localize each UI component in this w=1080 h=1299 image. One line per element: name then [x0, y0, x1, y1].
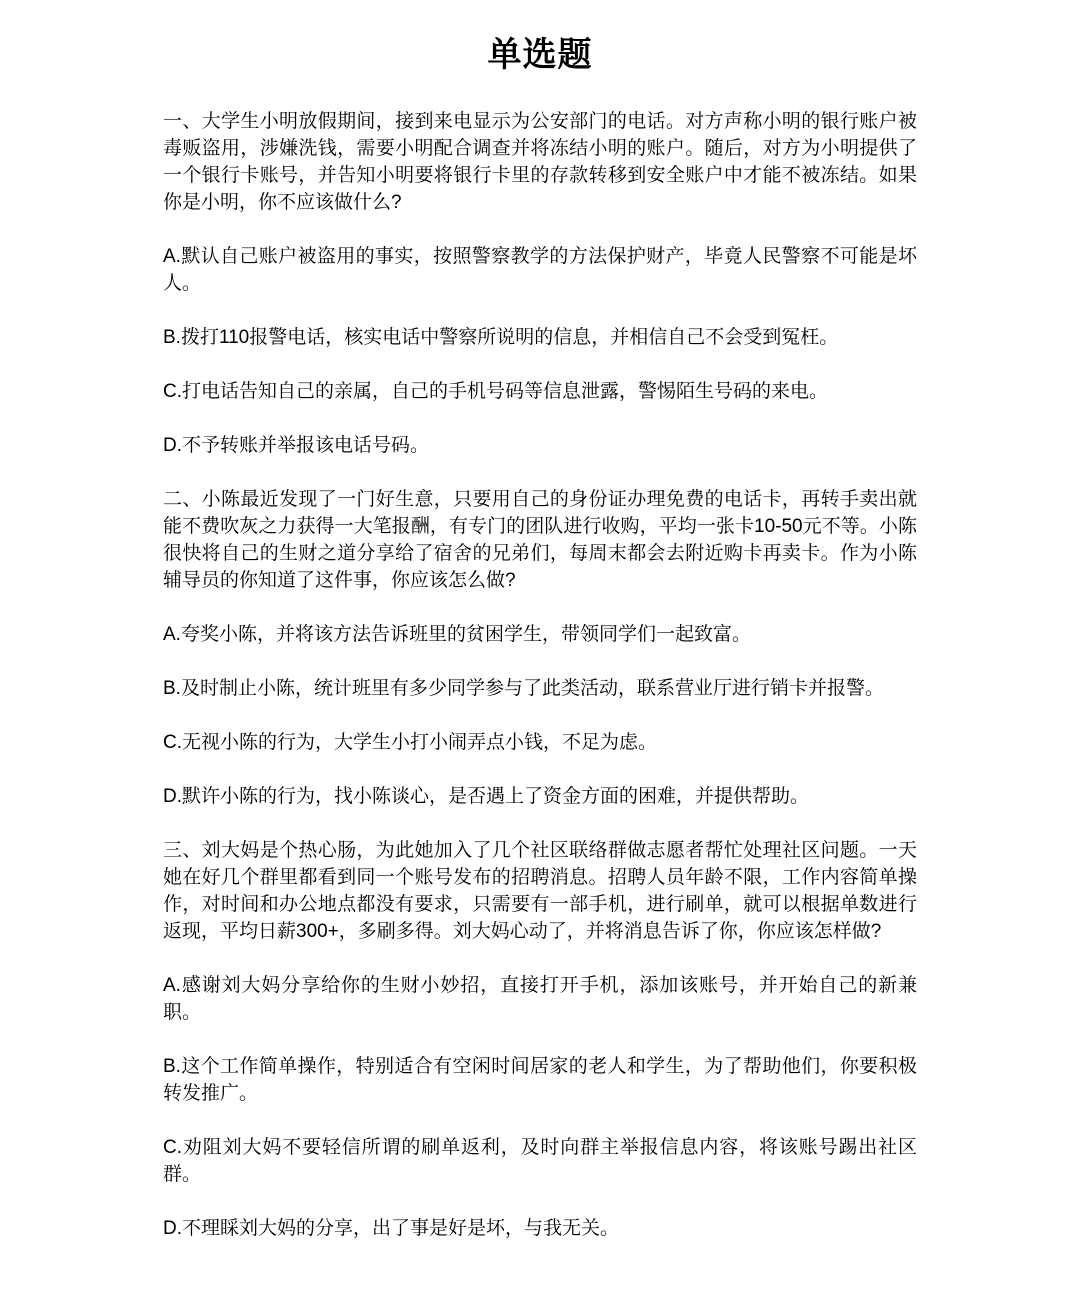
question-1: 一、大学生小明放假期间，接到来电显示为公安部门的电话。对方声称小明的银行账户被毒…	[163, 108, 917, 459]
question-1-option-a: A.默认自己账户被盗用的事实，按照警察教学的方法保护财产，毕竟人民警察不可能是坏…	[163, 243, 917, 297]
question-2-option-c: C.无视小陈的行为，大学生小打小闹弄点小钱，不足为虑。	[163, 729, 917, 756]
question-3-option-d: D.不理睬刘大妈的分享，出了事是好是坏，与我无关。	[163, 1215, 917, 1242]
page-title: 单选题	[163, 33, 917, 77]
document-page: 单选题 一、大学生小明放假期间，接到来电显示为公安部门的电话。对方声称小明的银行…	[163, 33, 917, 1299]
question-2-option-b: B.及时制止小陈，统计班里有多少同学参与了此类活动，联系营业厅进行销卡并报警。	[163, 675, 917, 702]
question-3-option-b: B.这个工作简单操作，特别适合有空闲时间居家的老人和学生，为了帮助他们，你要积极…	[163, 1053, 917, 1107]
question-1-stem: 一、大学生小明放假期间，接到来电显示为公安部门的电话。对方声称小明的银行账户被毒…	[163, 108, 917, 216]
question-3-option-c: C.劝阻刘大妈不要轻信所谓的刷单返利，及时向群主举报信息内容，将该账号踢出社区群…	[163, 1134, 917, 1188]
question-2-stem: 二、小陈最近发现了一门好生意，只要用自己的身份证办理免费的电话卡，再转手卖出就能…	[163, 486, 917, 594]
question-2-option-a: A.夸奖小陈，并将该方法告诉班里的贫困学生，带领同学们一起致富。	[163, 621, 917, 648]
question-3-stem: 三、刘大妈是个热心肠，为此她加入了几个社区联络群做志愿者帮忙处理社区问题。一天她…	[163, 837, 917, 945]
question-3-option-a: A.感谢刘大妈分享给你的生财小妙招，直接打开手机，添加该账号，并开始自己的新兼职…	[163, 972, 917, 1026]
question-1-option-d: D.不予转账并举报该电话号码。	[163, 432, 917, 459]
question-1-option-b: B.拨打110报警电话，核实电话中警察所说明的信息，并相信自己不会受到冤枉。	[163, 324, 917, 351]
question-3: 三、刘大妈是个热心肠，为此她加入了几个社区联络群做志愿者帮忙处理社区问题。一天她…	[163, 837, 917, 1242]
question-2-option-d: D.默许小陈的行为，找小陈谈心，是否遇上了资金方面的困难，并提供帮助。	[163, 783, 917, 810]
question-1-option-c: C.打电话告知自己的亲属，自己的手机号码等信息泄露，警惕陌生号码的来电。	[163, 378, 917, 405]
question-2: 二、小陈最近发现了一门好生意，只要用自己的身份证办理免费的电话卡，再转手卖出就能…	[163, 486, 917, 810]
